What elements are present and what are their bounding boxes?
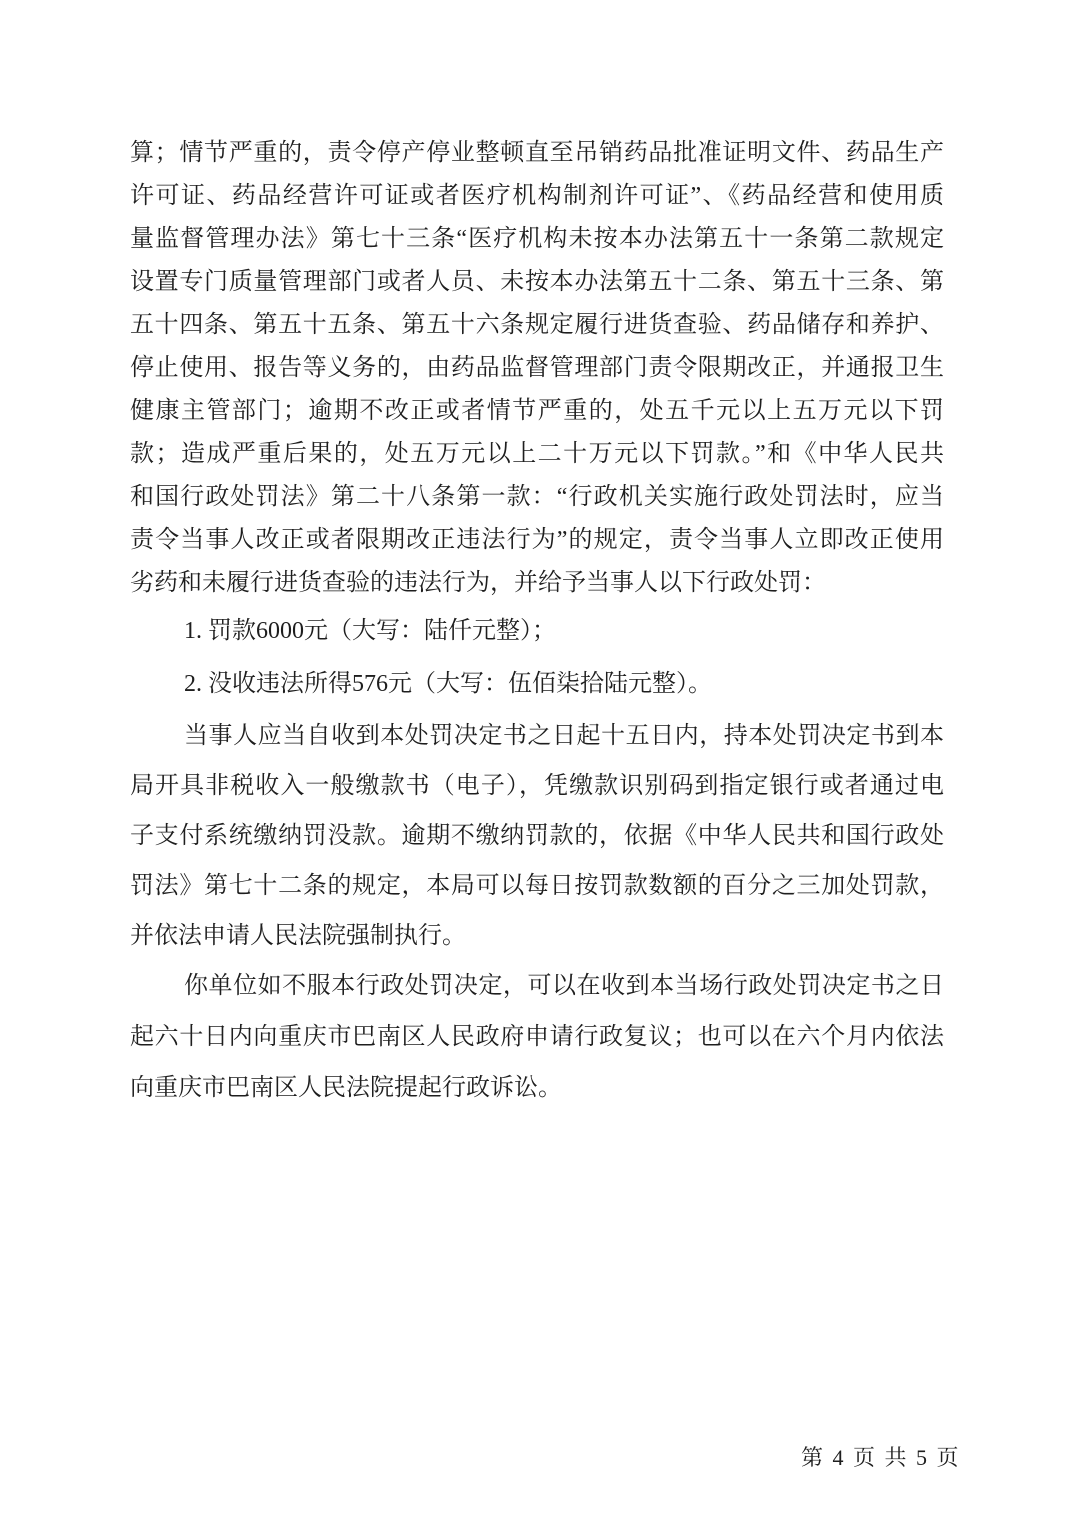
text-line: 量监督管理办法》第七十三条“医疗机构未按本办法第五十一条第二款规定	[130, 218, 944, 261]
text-line: 起六十日内向重庆市巴南区人民政府申请行政复议；也可以在六个月内依法	[130, 1012, 944, 1063]
text-line: 停止使用、报告等义务的，由药品监督管理部门责令限期改正，并通报卫生	[130, 347, 944, 390]
text-line: 当事人应当自收到本处罚决定书之日起十五日内，持本处罚决定书到本	[130, 711, 944, 761]
text-line: 罚法》第七十二条的规定，本局可以每日按罚款数额的百分之三加处罚款，	[130, 861, 944, 911]
text-line: 健康主管部门；逾期不改正或者情节严重的，处五千元以上五万元以下罚	[130, 390, 944, 433]
text-line: 款；造成严重后果的，处五万元以上二十万元以下罚款。”和《中华人民共	[130, 433, 944, 476]
text-line: 和国行政处罚法》第二十八条第一款：“行政机关实施行政处罚法时，应当	[130, 476, 944, 519]
document-page: 算；情节严重的，责令停产停业整顿直至吊销药品批准证明文件、药品生产许可证、药品经…	[0, 0, 1074, 1520]
text-line: 局开具非税收入一般缴款书（电子），凭缴款识别码到指定银行或者通过电	[130, 761, 944, 811]
text-line: 劣药和未履行进货查验的违法行为，并给予当事人以下行政处罚：	[130, 562, 944, 605]
page-number-footer: 第 4 页 共 5 页	[801, 1441, 961, 1472]
text-line: 向重庆市巴南区人民法院提起行政诉讼。	[130, 1063, 944, 1114]
text-line: 五十四条、第五十五条、第五十六条规定履行进货查验、药品储存和养护、	[130, 304, 944, 347]
text-line: 并依法申请人民法院强制执行。	[130, 911, 944, 961]
text-line: 1. 罚款6000元（大写：陆仟元整）；	[130, 605, 944, 658]
text-line: 设置专门质量管理部门或者人员、未按本办法第五十二条、第五十三条、第	[130, 261, 944, 304]
text-line: 责令当事人改正或者限期改正违法行为”的规定，责令当事人立即改正使用	[130, 519, 944, 562]
text-line: 算；情节严重的，责令停产停业整顿直至吊销药品批准证明文件、药品生产	[130, 132, 944, 175]
text-line: 许可证、药品经营许可证或者医疗机构制剂许可证”、《药品经营和使用质	[130, 175, 944, 218]
text-line: 你单位如不服本行政处罚决定，可以在收到本当场行政处罚决定书之日	[130, 961, 944, 1012]
document-body: 算；情节严重的，责令停产停业整顿直至吊销药品批准证明文件、药品生产许可证、药品经…	[130, 132, 944, 1114]
text-line: 2. 没收违法所得576元（大写：伍佰柒拾陆元整）。	[130, 658, 944, 711]
text-line: 子支付系统缴纳罚没款。逾期不缴纳罚款的，依据《中华人民共和国行政处	[130, 811, 944, 861]
